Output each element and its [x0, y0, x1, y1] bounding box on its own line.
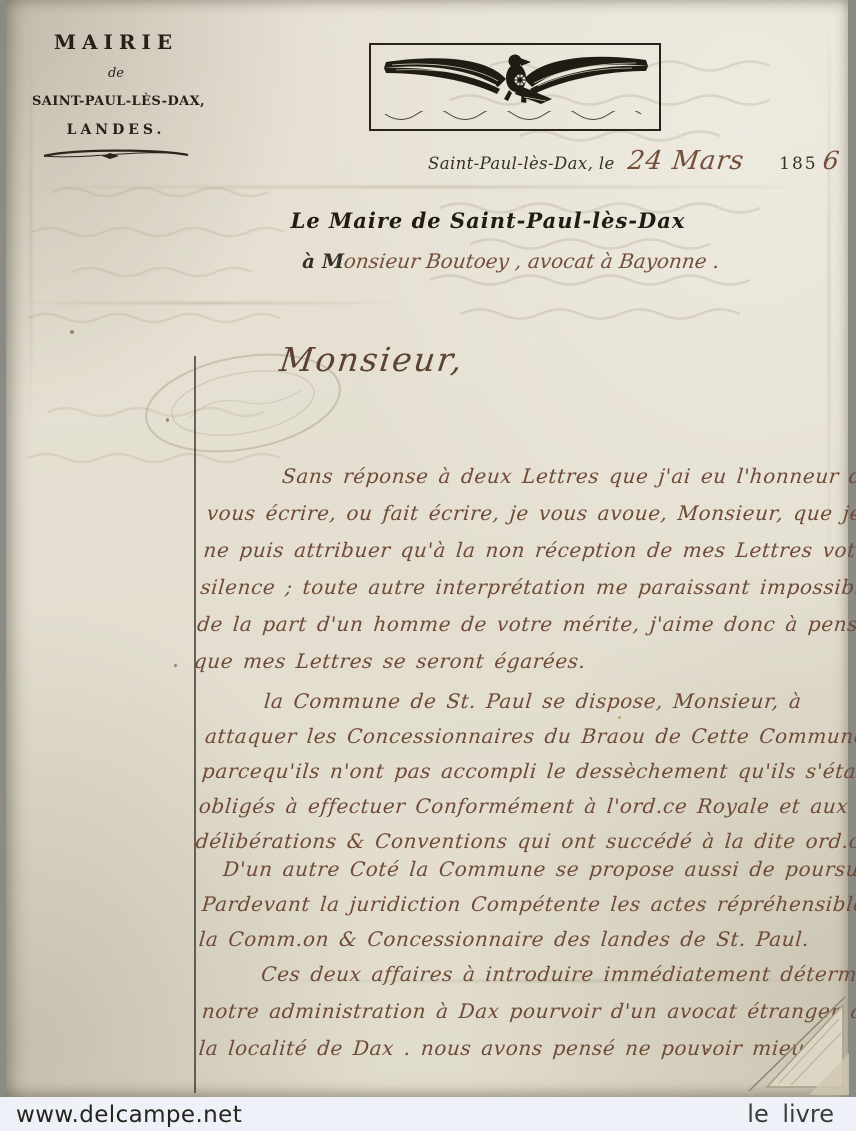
handwritten-line: parcequ'ils n'ont pas accompli le dessèc…	[200, 754, 853, 789]
letter-paper: MAIRIE de SAINT-PAUL-LÈS-DAX, LANDES.	[6, 0, 848, 1099]
handwritten-line: la Commune de St. Paul se dispose, Monsi…	[207, 684, 856, 719]
handwritten-line: D'un autre Coté la Commune se propose au…	[204, 852, 856, 887]
handwritten-line: de la part d'un homme de votre mérite, j…	[196, 606, 849, 643]
handwritten-line: vous écrire, ou fait écrire, je vous avo…	[205, 495, 856, 532]
body-paragraph-3: D'un autre Coté la Commune se propose au…	[197, 852, 856, 957]
letterhead-commune: SAINT-PAUL-LÈS-DAX,	[32, 94, 200, 109]
paper-speck	[174, 664, 177, 667]
recipient-line: à Monsieur Boutoey , avocat à Bayonne .	[302, 249, 752, 273]
folded-corner	[739, 993, 849, 1095]
handwritten-line: obligés à effectuer Conformément à l'ord…	[197, 789, 850, 824]
handwritten-line: Ces deux affaires à introduire immédiate…	[204, 956, 856, 993]
watermark-right: le livre	[747, 1100, 834, 1128]
dateline-place-printed: Saint-Paul-lès-Dax, le	[428, 154, 615, 173]
margin-rule-line	[194, 356, 196, 1093]
dateline-year-digit-handwritten: 6	[821, 146, 840, 175]
watermark-left: www.delcampe.net	[16, 1102, 242, 1128]
dateline-year-printed: 185	[779, 154, 817, 174]
wave-scallop-ornament	[379, 111, 651, 126]
recipient-printed-prefix: à M	[302, 249, 344, 273]
body-paragraph-1: Sans réponse à deux Lettres que j'ai eu …	[192, 458, 856, 680]
handwritten-line: ne puis attribuer qu'à la non réception …	[202, 532, 855, 569]
letterhead-mairie: MAIRIE	[32, 30, 200, 54]
handwritten-line: attaquer les Concessionnaires du Braou d…	[204, 719, 856, 754]
handwritten-line: Sans réponse à deux Lettres que j'ai eu …	[208, 458, 856, 495]
eagle-vignette-box	[369, 43, 661, 131]
sender-heading: Le Maire de Saint-Paul-lès-Dax	[268, 208, 708, 233]
letterhead-department: LANDES.	[32, 122, 200, 138]
handwritten-line: Pardevant la juridiction Compétente les …	[200, 887, 853, 922]
scanned-letter-photo: MAIRIE de SAINT-PAUL-LÈS-DAX, LANDES.	[0, 0, 856, 1131]
recipient-handwritten: onsieur Boutoey , avocat à Bayonne .	[343, 249, 721, 273]
letterhead-block: MAIRIE de SAINT-PAUL-LÈS-DAX, LANDES.	[32, 30, 200, 168]
imperial-eagle-icon	[374, 49, 656, 107]
salutation: Monsieur,	[278, 340, 467, 379]
swash-divider	[40, 146, 192, 164]
dateline-date-handwritten: 24 Mars	[626, 146, 746, 176]
dateline: Saint-Paul-lès-Dax, le 24 Mars 185 6	[428, 146, 839, 176]
handwritten-line: silence ; toute autre interprétation me …	[199, 569, 852, 606]
handwritten-line: que mes Lettres se seront égarées.	[192, 643, 845, 680]
watermark-strip: www.delcampe.net le livre	[0, 1097, 856, 1131]
body-paragraph-2: la Commune de St. Paul se dispose, Monsi…	[194, 684, 856, 859]
letterhead-de: de	[32, 66, 200, 81]
handwritten-line: la Comm.on & Concessionnaire des landes …	[197, 922, 850, 957]
